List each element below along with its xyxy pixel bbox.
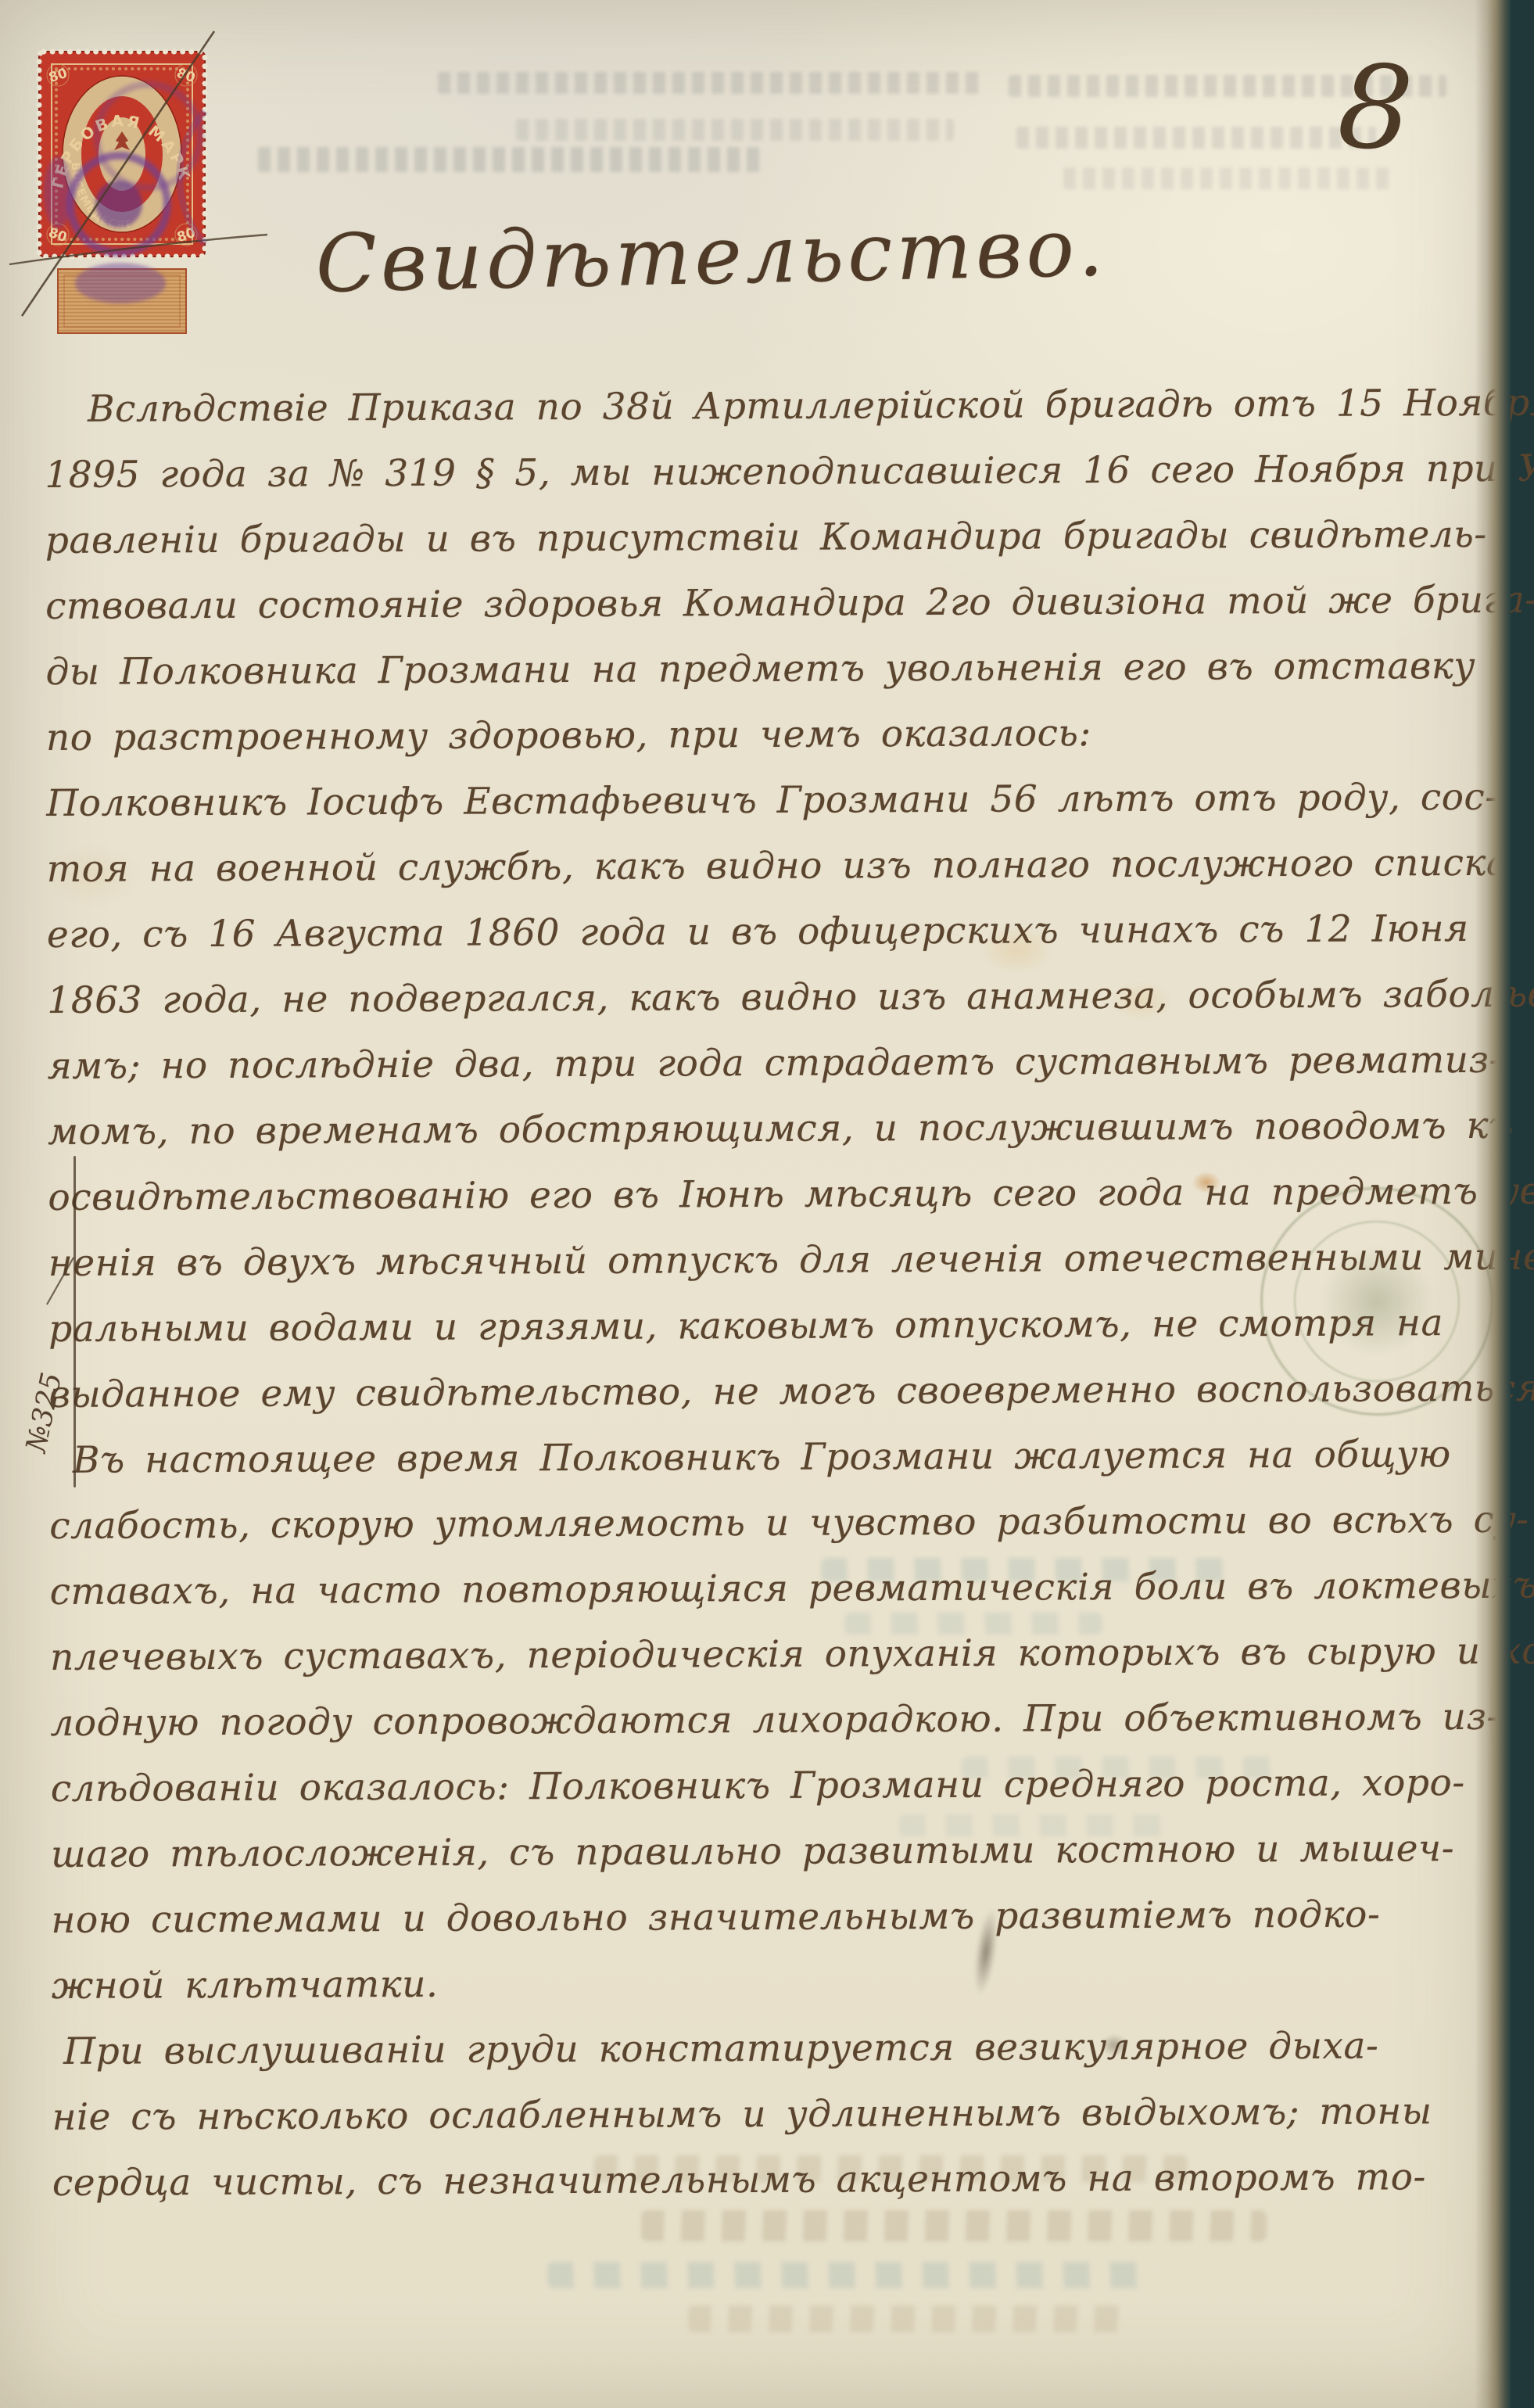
manuscript-line: ральными водами и грязями, каковымъ отпу… <box>48 1290 1465 1362</box>
document-title: Свидѣтельство. <box>281 200 1142 311</box>
manuscript-line: жной клѣтчатки. <box>52 1947 1468 2019</box>
manuscript-line: Въ настоящее время Полковникъ Грозмани ж… <box>73 1422 1466 1494</box>
manuscript-line: ною системами и довольно значительнымъ р… <box>51 1882 1468 1954</box>
manuscript-body: Вслѣдствіе Приказа по 38й Артиллерійской… <box>45 371 1469 2216</box>
manuscript-line: 1863 года, не подвергался, какъ видно из… <box>47 962 1464 1034</box>
manuscript-line: ніе съ нѣсколько ослабленнымъ и удлиненн… <box>52 2079 1468 2151</box>
manuscript-line: Полковникъ Іосифъ Евстафьевичъ Грозмани … <box>46 765 1463 837</box>
manuscript-line: ставахъ, на часто повторяющіяся ревматич… <box>49 1553 1466 1625</box>
bleedthrough-handwriting <box>688 2306 1126 2332</box>
manuscript-line: момъ, по временамъ обостряющимся, и посл… <box>48 1093 1464 1165</box>
revenue-stamp-graphic: ГЕРБОВАЯ МАРКА ВОСЕМЬДЕСЯТ 80 80 80 80 <box>34 44 210 339</box>
scanned-document-page: { "page": { "number": "8", "margin_note"… <box>0 0 1534 2408</box>
manuscript-line: его, съ 16 Августа 1860 года и въ офицер… <box>47 896 1464 968</box>
manuscript-line: плечевыхъ суставахъ, періодическія опуха… <box>50 1619 1467 1691</box>
bleedthrough-print <box>1016 127 1376 149</box>
manuscript-line: ямъ; но послѣдніе два, три года страдает… <box>48 1028 1464 1100</box>
manuscript-line: слабость, скорую утомляемость и чувство … <box>49 1488 1466 1559</box>
ink-smudge <box>1096 2030 1132 2060</box>
manuscript-line: ненія въ двухъ мѣсячный отпускъ для лече… <box>48 1225 1465 1297</box>
margin-rule-line <box>73 1156 76 1488</box>
bleedthrough-print <box>516 119 954 141</box>
manuscript-line: сердца чисты, съ незначительнымъ акценто… <box>52 2144 1469 2216</box>
manuscript-line: шаго тѣлосложенія, съ правильно развитым… <box>51 1816 1468 1888</box>
manuscript-line: Вслѣдствіе Приказа по 38й Артиллерійской… <box>88 371 1461 443</box>
bleedthrough-print <box>258 147 766 172</box>
manuscript-line: тоя на военной службѣ, какъ видно изъ по… <box>46 831 1463 903</box>
manuscript-line: равленіи бригады и въ присутствіи Команд… <box>45 502 1462 574</box>
manuscript-line: освидѣтельствованію его въ Іюнѣ мѣсяцѣ с… <box>48 1159 1464 1231</box>
bleedthrough-print <box>438 72 985 94</box>
page-edge-shadow <box>1475 0 1511 2408</box>
document-paper: ГЕРБОВАЯ МАРКА ВОСЕМЬДЕСЯТ 80 80 80 80 <box>0 0 1501 2408</box>
manuscript-line: лодную погоду сопровождаются лихорадкою.… <box>50 1685 1467 1757</box>
manuscript-line: ствовали состояніе здоровья Командира 2г… <box>45 568 1462 640</box>
manuscript-line: слѣдованіи оказалось: Полковникъ Грозман… <box>51 1750 1468 1822</box>
bleedthrough-handwriting <box>547 2262 1157 2288</box>
manuscript-line: 1895 года за № 319 § 5, мы нижеподписавш… <box>45 436 1461 508</box>
bleedthrough-handwriting <box>641 2210 1267 2241</box>
manuscript-line: При выслушиваніи груди констатируется ве… <box>63 2013 1468 2085</box>
manuscript-line: ды Полковника Грозмани на предметъ уволь… <box>45 633 1462 705</box>
page-number: 8 <box>1334 38 1417 178</box>
manuscript-line: выданное ему свидѣтельство, не могъ свое… <box>48 1356 1465 1428</box>
revenue-stamp: ГЕРБОВАЯ МАРКА ВОСЕМЬДЕСЯТ 80 80 80 80 <box>34 44 210 339</box>
manuscript-line: по разстроенному здоровью, при чемъ оказ… <box>46 699 1463 771</box>
